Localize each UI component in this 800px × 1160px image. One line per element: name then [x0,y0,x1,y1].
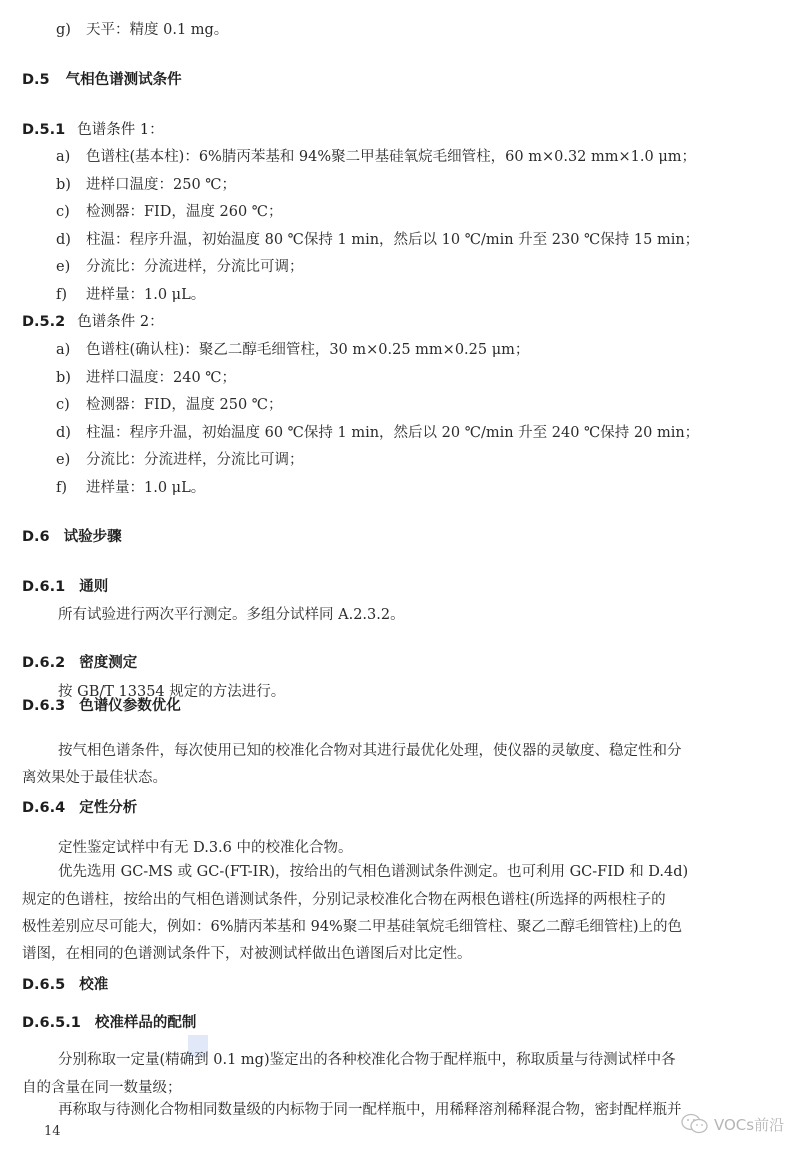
section-number: D.6.4 [22,800,65,816]
section-heading-d52: D.5.2色谱条件 2： [22,312,164,332]
section-number: D.6 [22,529,50,545]
page-number: 14 [44,1124,61,1139]
paragraph-line: 规定的色谱柱，按给出的气相色谱测试条件，分别记录校准化合物在两根色谱柱(所选择的… [22,890,666,910]
item-label: f) [56,285,86,305]
section-number: D.5 [22,70,50,90]
item-label: e) [56,257,86,277]
list-item: b)进样口温度：240 ℃； [56,368,236,388]
item-text: 进样口温度：240 ℃； [86,370,236,386]
list-item-balance: g)天平：精度 0.1 mg。 [56,20,228,40]
item-text: 进样口温度：250 ℃； [86,177,236,193]
item-label: e) [56,450,86,470]
section-title: 试验步骤 [64,529,122,545]
paragraph-line: 优先选用 GC-MS 或 GC-(FT-IR)，按给出的气相色谱测试条件测定。也… [58,862,688,882]
paragraph-line: 自的含量在同一数量级； [22,1078,182,1098]
item-label: b) [56,175,86,195]
item-label: c) [56,395,86,415]
section-heading-d63: D.6.3色谱仪参数优化 [22,696,181,716]
section-title: 校准 [79,977,108,993]
list-item: e)分流比：分流进样，分流比可调； [56,257,304,277]
paragraph-line: 再称取与待测化合物相同数量级的内标物于同一配样瓶中，用稀释溶剂稀释混合物，密封配… [58,1100,682,1120]
paragraph-line: 分别称取一定量(精确到 0.1 mg)鉴定出的各种校准化合物于配样瓶中，称取质量… [58,1050,676,1070]
item-text: 分流比：分流进样，分流比可调； [86,259,304,275]
paragraph-line: 按气相色谱条件，每次使用已知的校准化合物对其进行最优化处理，使仪器的灵敏度、稳定… [58,741,682,761]
paragraph-line: 定性鉴定试样中有无 D.3.6 中的校准化合物。 [58,838,353,858]
item-label: d) [56,230,86,250]
section-title: 通则 [79,579,108,595]
section-title: 密度测定 [79,655,137,671]
item-text: 进样量：1.0 μL。 [86,287,205,303]
paragraph: 所有试验进行两次平行测定。多组分试样同 A.2.3.2。 [58,605,405,625]
item-text: 色谱柱(确认柱)：聚乙二醇毛细管柱，30 m×0.25 mm×0.25 μm； [86,342,529,358]
item-text: 色谱柱(基本柱)：6%腈丙苯基和 94%聚二甲基硅氧烷毛细管柱，60 m×0.3… [86,149,696,165]
item-text: 天平：精度 0.1 mg。 [86,22,228,38]
item-label: c) [56,202,86,222]
list-item: a)色谱柱(基本柱)：6%腈丙苯基和 94%聚二甲基硅氧烷毛细管柱，60 m×0… [56,147,696,167]
item-label: g) [56,20,86,40]
section-heading-d61: D.6.1通则 [22,577,108,597]
section-number: D.6.5.1 [22,1015,81,1031]
section-heading-d65: D.6.5校准 [22,975,108,995]
section-title: 气相色谱测试条件 [66,72,182,88]
list-item: e)分流比：分流进样，分流比可调； [56,450,304,470]
section-heading-d5: D.5气相色谱测试条件 [22,70,182,90]
section-title: 校准样品的配制 [95,1015,197,1031]
wechat-icon [680,1112,710,1136]
section-title: 定性分析 [79,800,137,816]
section-title: 色谱条件 1： [77,122,163,138]
list-item: f)进样量：1.0 μL。 [56,478,205,498]
section-heading-d6: D.6试验步骤 [22,527,122,547]
item-label: a) [56,147,86,167]
section-heading-d51: D.5.1色谱条件 1： [22,120,164,140]
watermark: VOCs前沿 [680,1112,784,1136]
item-label: f) [56,478,86,498]
section-heading-d64: D.6.4定性分析 [22,798,137,818]
item-text: 柱温：程序升温，初始温度 80 ℃保持 1 min，然后以 10 ℃/min 升… [86,232,699,248]
list-item: b)进样口温度：250 ℃； [56,175,236,195]
item-text: 柱温：程序升温，初始温度 60 ℃保持 1 min，然后以 20 ℃/min 升… [86,425,699,441]
section-title: 色谱条件 2： [77,314,163,330]
item-text: 检测器：FID，温度 260 ℃； [86,204,283,220]
section-heading-d62: D.6.2密度测定 [22,653,137,673]
item-text: 进样量：1.0 μL。 [86,480,205,496]
section-number: D.6.2 [22,655,65,671]
section-number: D.5.2 [22,314,65,330]
section-number: D.6.3 [22,698,65,714]
section-number: D.5.1 [22,122,65,138]
list-item: c)检测器：FID，温度 260 ℃； [56,202,283,222]
item-label: d) [56,423,86,443]
list-item: d)柱温：程序升温，初始温度 60 ℃保持 1 min，然后以 20 ℃/min… [56,423,699,443]
list-item: c)检测器：FID，温度 250 ℃； [56,395,283,415]
paragraph-line: 极性差别应尽可能大，例如：6%腈丙苯基和 94%聚二甲基硅氧烷毛细管柱、聚乙二醇… [22,917,682,937]
section-number: D.6.1 [22,579,65,595]
section-title: 色谱仪参数优化 [79,698,181,714]
list-item: a)色谱柱(确认柱)：聚乙二醇毛细管柱，30 m×0.25 mm×0.25 μm… [56,340,529,360]
paragraph-line: 谱图，在相同的色谱测试条件下，对被测试样做出色谱图后对比定性。 [22,944,472,964]
item-label: b) [56,368,86,388]
item-text: 分流比：分流进样，分流比可调； [86,452,304,468]
section-heading-d651: D.6.5.1校准样品的配制 [22,1013,196,1033]
section-number: D.6.5 [22,977,65,993]
list-item: d)柱温：程序升温，初始温度 80 ℃保持 1 min，然后以 10 ℃/min… [56,230,699,250]
item-label: a) [56,340,86,360]
item-text: 检测器：FID，温度 250 ℃； [86,397,283,413]
list-item: f)进样量：1.0 μL。 [56,285,205,305]
paragraph-line: 离效果处于最佳状态。 [22,768,167,788]
watermark-text: VOCs前沿 [714,1114,784,1135]
